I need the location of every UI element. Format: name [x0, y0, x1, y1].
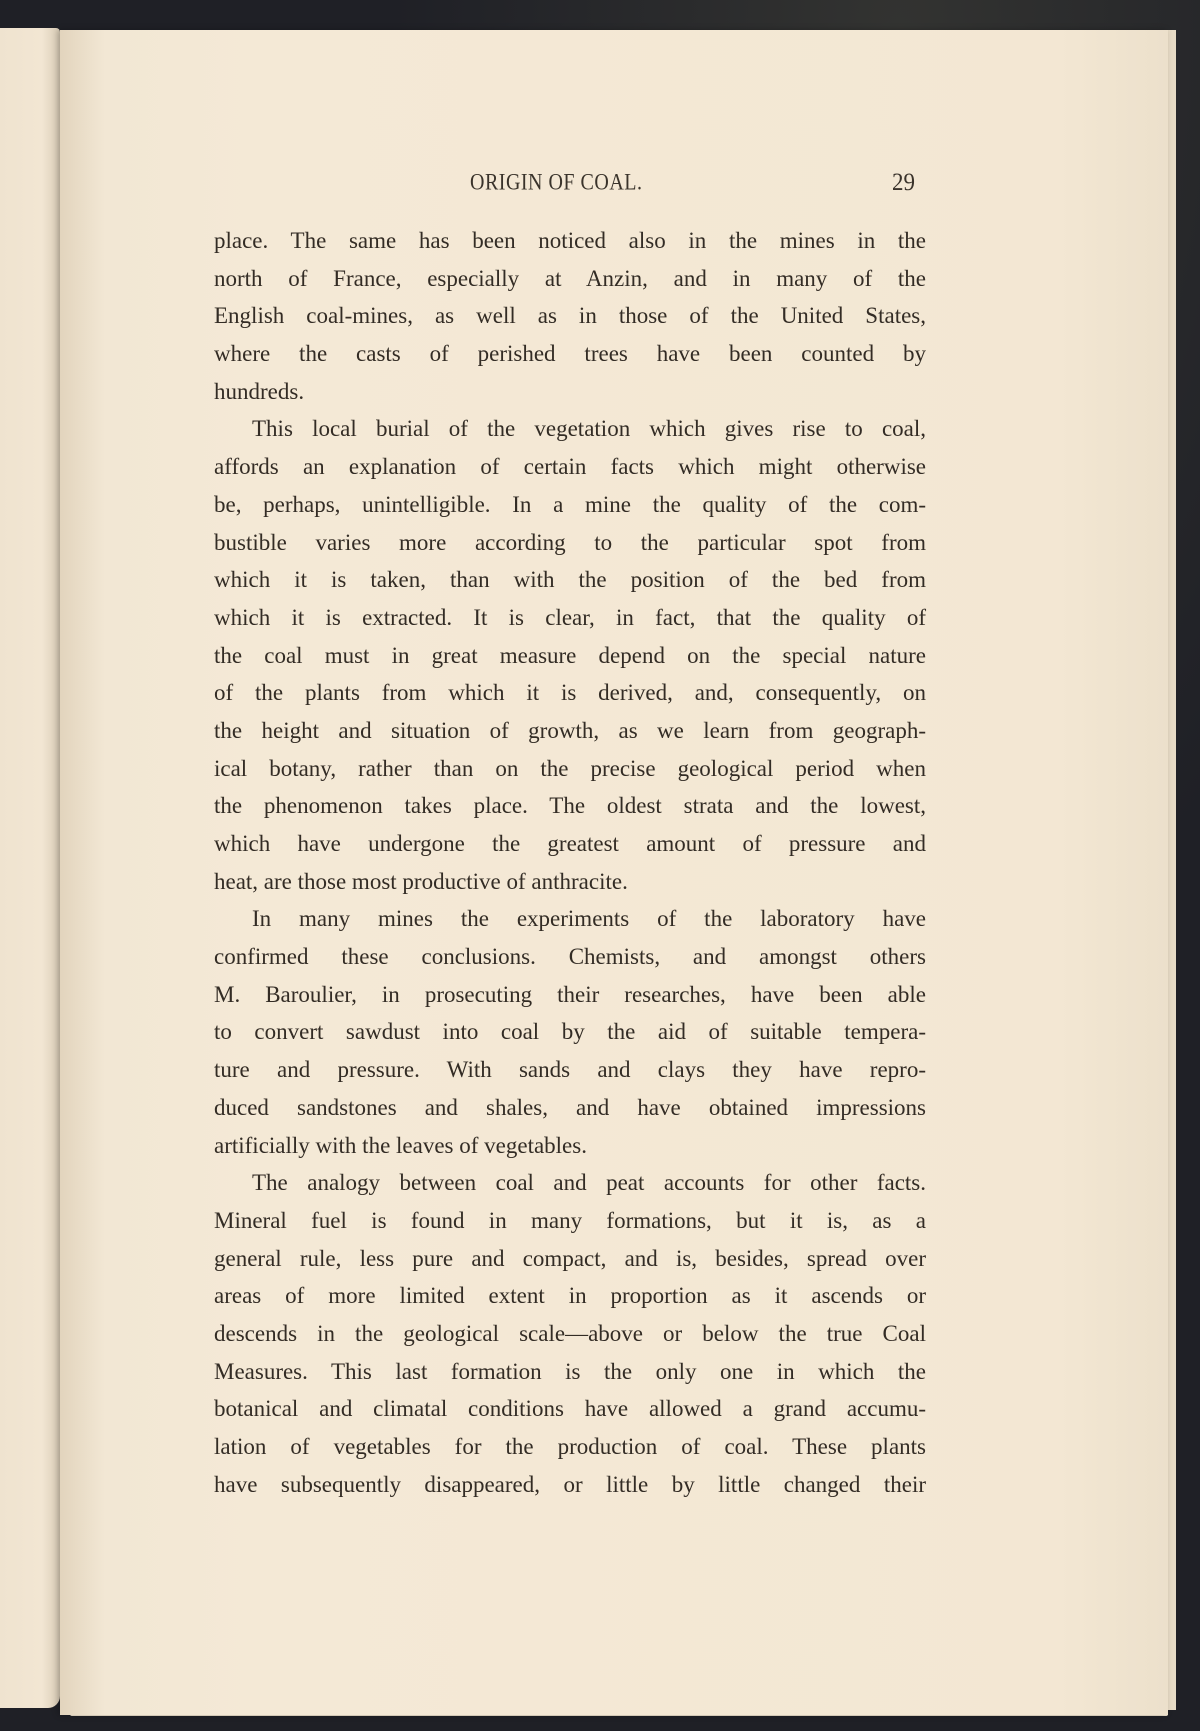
text-line: to convert sawdust into coal by the aid …	[214, 1013, 926, 1051]
text-line: descends in the geological scale—above o…	[214, 1315, 926, 1353]
text-line: This local burial of the vegetation whic…	[214, 410, 926, 448]
text-line: botanical and climatal conditions have a…	[214, 1390, 926, 1428]
text-line: of the plants from which it is derived, …	[214, 674, 926, 712]
paragraph: place. The same has been noticed also in…	[214, 222, 926, 410]
running-title: ORIGIN OF COAL.	[470, 170, 643, 196]
text-line: where the casts of perished trees have b…	[214, 335, 926, 373]
paragraph: This local burial of the vegetation whic…	[214, 410, 926, 900]
text-line: the phenomenon takes place. The oldest s…	[214, 787, 926, 825]
text-line: north of France, especially at Anzin, an…	[214, 260, 926, 298]
text-line: confirmed these conclusions. Chemists, a…	[214, 938, 926, 976]
text-line: In many mines the experiments of the lab…	[214, 900, 926, 938]
body-text: place. The same has been noticed also in…	[214, 222, 926, 1503]
text-line: artificially with the leaves of vegetabl…	[214, 1127, 926, 1165]
paragraph: The analogy between coal and peat accoun…	[214, 1164, 926, 1503]
page-fore-edge	[1168, 30, 1176, 1710]
text-line: bustible varies more according to the pa…	[214, 524, 926, 562]
text-line: affords an explanation of certain facts …	[214, 448, 926, 486]
text-line: Measures. This last formation is the onl…	[214, 1353, 926, 1391]
paragraph: In many mines the experiments of the lab…	[214, 900, 926, 1164]
text-line: which it is taken, than with the positio…	[214, 561, 926, 599]
text-line: the coal must in great measure depend on…	[214, 637, 926, 675]
text-line: the height and situation of growth, as w…	[214, 712, 926, 750]
text-line: ical botany, rather than on the precise …	[214, 750, 926, 788]
text-line: be, perhaps, unintelligible. In a mine t…	[214, 486, 926, 524]
text-line: Mineral fuel is found in many formations…	[214, 1202, 926, 1240]
text-line: general rule, less pure and compact, and…	[214, 1240, 926, 1278]
text-line: The analogy between coal and peat accoun…	[214, 1164, 926, 1202]
text-line: which have undergone the greatest amount…	[214, 825, 926, 863]
text-line: which it is extracted. It is clear, in f…	[214, 599, 926, 637]
text-line: areas of more limited extent in proporti…	[214, 1277, 926, 1315]
text-line: ture and pressure. With sands and clays …	[214, 1051, 926, 1089]
text-line: hundreds.	[214, 373, 926, 411]
previous-page-edge	[0, 28, 60, 1708]
text-line: English coal-mines, as well as in those …	[214, 297, 926, 335]
page-number: 29	[892, 168, 915, 197]
text-line: have subsequently disappeared, or little…	[214, 1466, 926, 1504]
text-line: heat, are those most productive of anthr…	[214, 863, 926, 901]
text-line: M. Baroulier, in prosecuting their resea…	[214, 976, 926, 1014]
running-head: ORIGIN OF COAL. 29	[60, 170, 1168, 200]
text-line: place. The same has been noticed also in…	[214, 222, 926, 260]
text-line: lation of vegetables for the production …	[214, 1428, 926, 1466]
text-line: duced sandstones and shales, and have ob…	[214, 1089, 926, 1127]
